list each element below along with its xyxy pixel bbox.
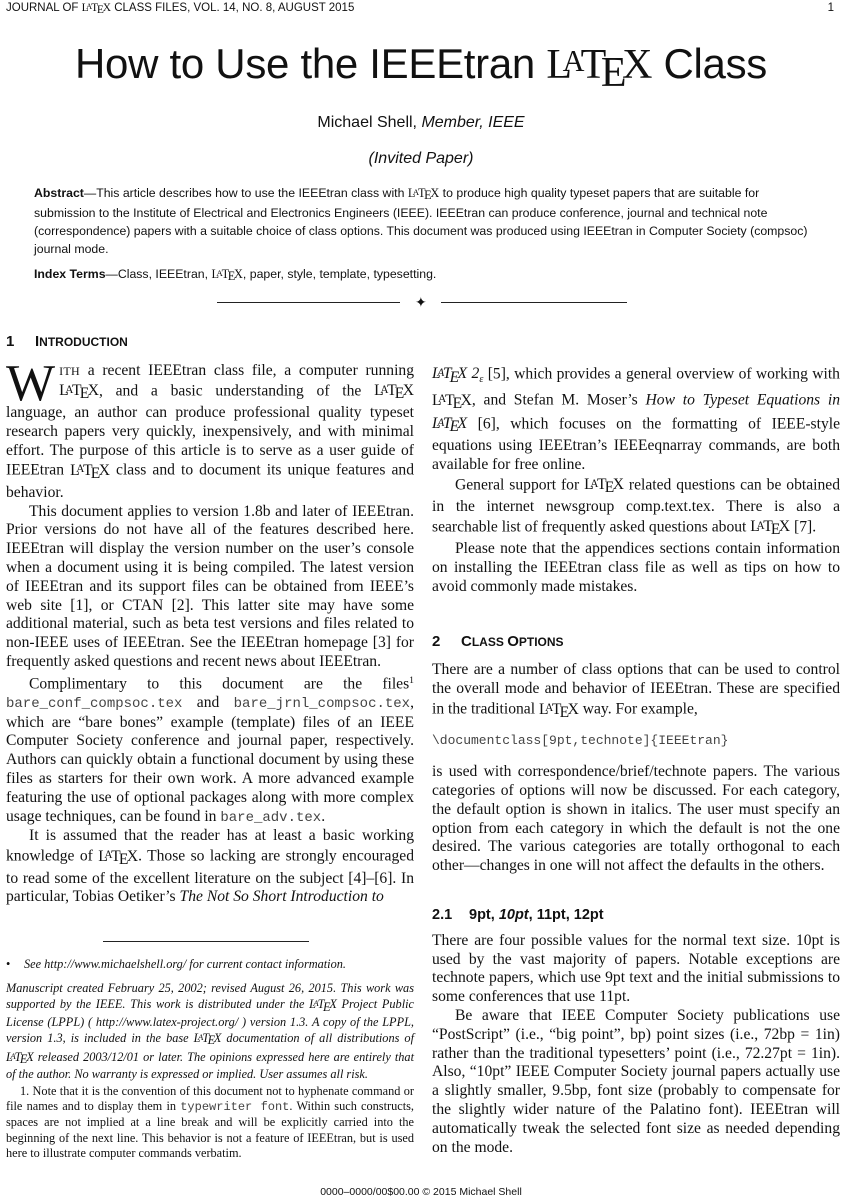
running-head: JOURNAL OF LATEX CLASS FILES, VOL. 14, N…: [6, 2, 354, 16]
section-heading-introduction: 1INTRODUCTION: [6, 333, 414, 352]
latex-logo: LATEX: [309, 997, 337, 1011]
journal-issue: CLASS FILES, VOL. 14, NO. 8, AUGUST 2015: [111, 2, 354, 14]
drop-cap: W: [6, 364, 55, 404]
intro-paragraph-2: This document applies to version 1.8b an…: [6, 503, 414, 672]
subsection-heading-font-sizes: 2.19pt, 10pt, 11pt, 12pt: [432, 906, 840, 925]
author-membership: Member, IEEE: [421, 114, 524, 131]
invited-paper-label: (Invited Paper): [0, 150, 842, 168]
diamond-icon: ✦: [415, 295, 427, 312]
intro-paragraph-4-start: It is assumed that the reader has at lea…: [6, 827, 414, 907]
font-size-paragraph-2: Be aware that IEEE Computer Society publ…: [432, 1007, 840, 1157]
filename-bare-adv: bare_adv.tex: [220, 810, 321, 826]
left-column: 1INTRODUCTION WITH a recent IEEEtran cla…: [6, 333, 414, 907]
latex-logo: LATEX: [374, 382, 414, 399]
index-terms: Index Terms—Class, IEEEtran, LATEX, pape…: [34, 267, 810, 284]
abstract-label: Abstract: [34, 186, 84, 200]
footnote-contact: •See http://www.michaelshell.org/ for cu…: [6, 957, 414, 972]
bullet-icon: •: [6, 957, 24, 972]
latex-logo: LATEX: [211, 267, 242, 281]
latex-logo: LATEX: [750, 518, 790, 535]
latex-logo: LATEX: [6, 1050, 34, 1064]
right-column: LATEX 2ε [5], which provides a general o…: [432, 364, 840, 1157]
code-example: \documentclass[9pt,technote]{IEEEtran}: [432, 732, 840, 751]
section-divider: ✦: [217, 298, 627, 308]
intro-paragraph-3: Complimentary to this document are the f…: [6, 672, 414, 828]
intro-paragraph-4-end: LATEX 2ε [5], which provides a general o…: [432, 364, 840, 475]
footnote-manuscript: Manuscript created February 25, 2002; re…: [6, 981, 414, 1082]
latex-logo: LATEX: [546, 42, 652, 88]
latex-logo: LATEX: [432, 415, 467, 432]
latex-logo: LATEX: [82, 2, 111, 14]
class-options-paragraph-1: There are a number of class options that…: [432, 661, 840, 722]
filename-bare-jrnl: bare_jrnl_compsoc.tex: [234, 696, 410, 712]
latex-logo: LATEX: [584, 476, 624, 493]
page-footer: 0000–0000/00$00.00 © 2015 Michael Shell: [0, 1186, 842, 1198]
footnote-rule: [103, 941, 309, 942]
author-name: Michael Shell,: [317, 114, 421, 131]
abstract: Abstract—This article describes how to u…: [34, 183, 810, 258]
author-line: Michael Shell, Member, IEEE: [0, 114, 842, 132]
latex-logo: LATEX: [432, 392, 472, 409]
intro-paragraph-1: WITH a recent IEEEtran class file, a com…: [6, 362, 414, 503]
latex-logo: LATEX: [59, 382, 99, 399]
latex-logo: LATEX: [539, 701, 579, 718]
index-terms-label: Index Terms: [34, 267, 106, 281]
latex-logo: LATEX: [408, 186, 439, 200]
journal-name: JOURNAL OF: [6, 2, 82, 14]
footnote-mark: 1: [409, 675, 414, 686]
page-number: 1: [828, 2, 834, 14]
font-size-paragraph-1: There are four possible values for the n…: [432, 932, 840, 1007]
class-options-paragraph-2: is used with correspondence/brief/techno…: [432, 763, 840, 876]
latex-logo: LATEX: [98, 848, 138, 865]
intro-paragraph-5: General support for LATEX related questi…: [432, 475, 840, 541]
intro-paragraph-6: Please note that the appendices sections…: [432, 540, 840, 596]
filename-bare-conf: bare_conf_compsoc.tex: [6, 696, 182, 712]
latex-logo: LATEX: [194, 1031, 222, 1045]
footnote-1: 1. Note that it is the convention of thi…: [6, 1084, 414, 1161]
section-heading-class-options: 2CLASS OPTIONS: [432, 633, 840, 652]
latex-logo: LATEX: [70, 462, 110, 479]
latex-logo: LATEX: [432, 365, 467, 382]
paper-title: How to Use the IEEEtran LATEX Class: [0, 40, 842, 97]
